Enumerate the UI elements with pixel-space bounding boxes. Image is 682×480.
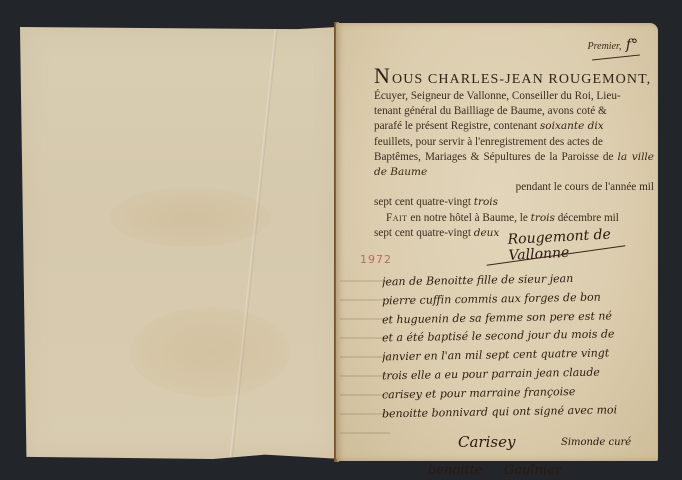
- heading-text: OUS CHARLES-JEAN ROUGEMONT,: [392, 72, 651, 87]
- baptism-entry: jean de Benoitte fille de sieur jean pie…: [382, 271, 656, 421]
- printed-line: pendant le cours de l'année mil: [374, 180, 654, 195]
- printed-line: parafé le présent Registre, contenant so…: [374, 119, 654, 134]
- scan-background: Premier, f° NOUS CHARLES-JEAN ROUGEMONT,…: [0, 0, 682, 480]
- manuscript-line: benoitte bonnivard qui ont signé avec mo…: [382, 400, 656, 424]
- fait-word: Fait: [386, 212, 408, 224]
- signature-godfather: Carisey: [458, 433, 515, 451]
- printed-line: feuillets, pour servir à l'enregistremen…: [374, 135, 654, 150]
- dropcap: N: [374, 63, 391, 88]
- handwritten-leaf-count: soixante dix: [540, 120, 604, 132]
- folio-marker: Premier, f°: [588, 37, 638, 53]
- printed-line: Baptêmes, Mariages & Sépultures de la Pa…: [374, 150, 654, 180]
- handwritten-year: trois: [474, 196, 498, 208]
- signature-godmother: benoitte: [428, 463, 483, 478]
- signature-priest: Simonde curé: [561, 437, 631, 448]
- right-register-page: Premier, f° NOUS CHARLES-JEAN ROUGEMONT,…: [336, 23, 658, 461]
- paper-stain: [110, 187, 270, 247]
- folio-label: Premier: [588, 41, 619, 52]
- handwritten-day: trois: [531, 212, 555, 224]
- folio-flourish: [592, 54, 640, 60]
- left-blank-page: [20, 27, 342, 459]
- heading: NOUS CHARLES-JEAN ROUGEMONT,: [374, 67, 654, 89]
- printed-line: Écuyer, Seigneur de Vallonne, Conseiller…: [374, 89, 654, 104]
- closing-line: Fait en notre hôtel à Baume, le trois dé…: [374, 211, 654, 226]
- signature-witness: Gaulnier: [504, 463, 561, 478]
- printed-line: sept cent quatre-vingt trois: [374, 195, 654, 210]
- paper-stain: [130, 307, 290, 397]
- archive-number: 1972: [360, 253, 392, 266]
- handwritten-signed-year: deux: [474, 227, 500, 239]
- printed-line: tenant général du Bailliage de Baume, av…: [374, 104, 654, 119]
- folio-mark: f°: [626, 37, 638, 53]
- printed-certification: NOUS CHARLES-JEAN ROUGEMONT, Écuyer, Sei…: [374, 67, 654, 241]
